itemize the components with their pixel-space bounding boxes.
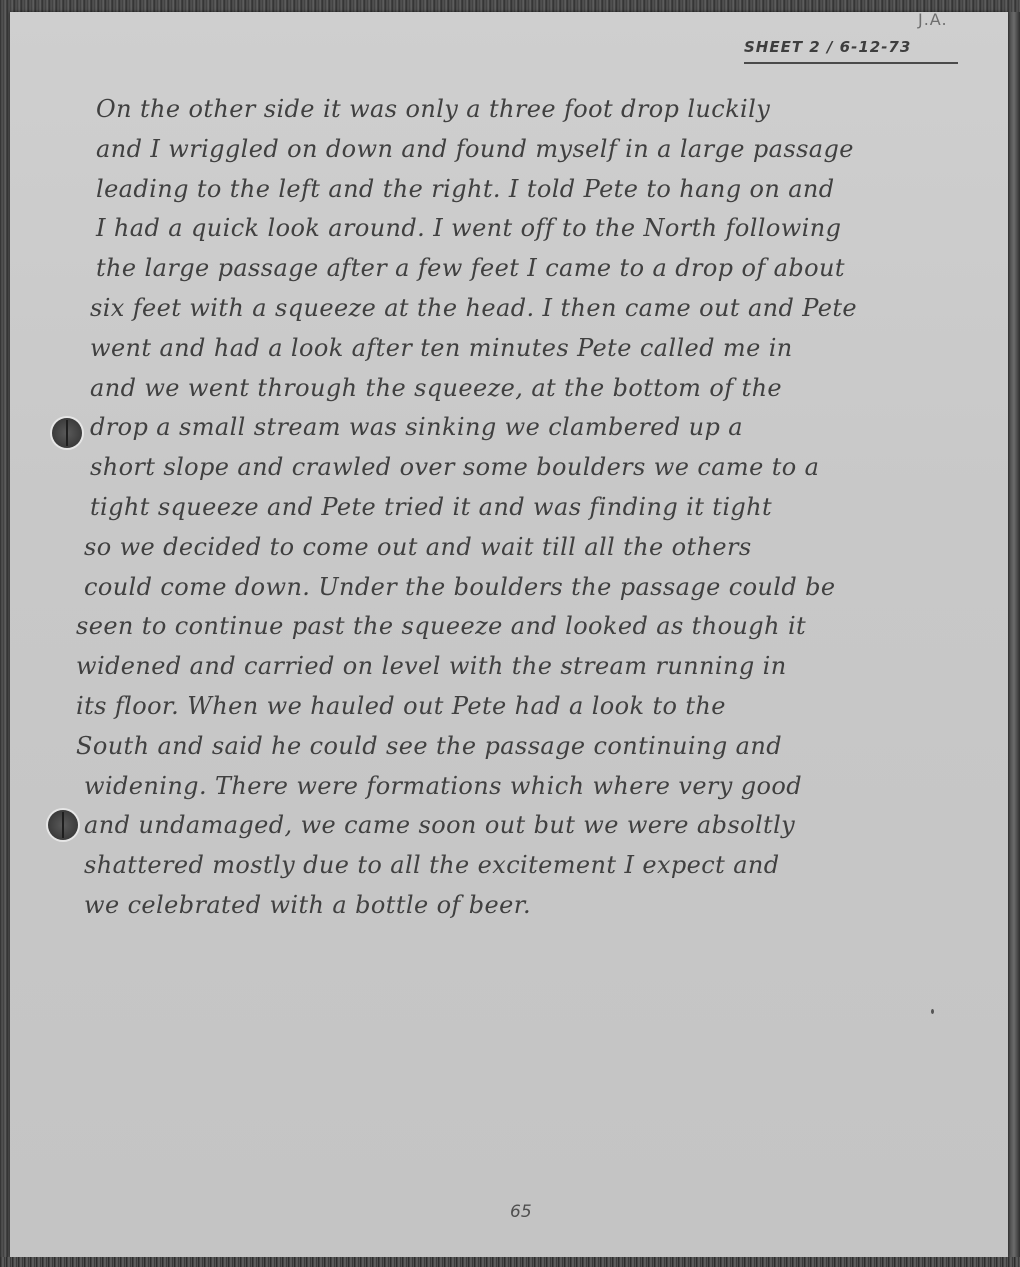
punch-hole-icon bbox=[48, 810, 78, 840]
text-line: shattered mostly due to all the exciteme… bbox=[84, 846, 1001, 886]
text-line: the large passage after a few feet I cam… bbox=[96, 249, 1001, 289]
text-line: On the other side it was only a three fo… bbox=[96, 90, 1001, 130]
text-line: South and said he could see the passage … bbox=[76, 727, 1001, 767]
text-line: seen to continue past the squeeze and lo… bbox=[76, 607, 1001, 647]
text-line: its floor. When we hauled out Pete had a… bbox=[76, 687, 1001, 727]
text-line: widened and carried on level with the st… bbox=[76, 647, 1001, 687]
paper-speck bbox=[931, 1009, 934, 1014]
text-line: six feet with a squeeze at the head. I t… bbox=[90, 289, 1001, 329]
text-line: leading to the left and the right. I tol… bbox=[96, 170, 1001, 210]
text-line: and undamaged, we came soon out but we w… bbox=[84, 806, 1001, 846]
text-line: and I wriggled on down and found myself … bbox=[96, 130, 1001, 170]
text-line: widening. There were formations which wh… bbox=[84, 767, 1001, 807]
text-line: we celebrated with a bottle of beer. bbox=[84, 886, 1001, 926]
page-number: 65 bbox=[510, 1202, 532, 1222]
text-line: I had a quick look around. I went off to… bbox=[96, 209, 1001, 249]
text-line: tight squeeze and Pete tried it and was … bbox=[90, 488, 1001, 528]
punch-hole-icon bbox=[52, 418, 82, 448]
journal-body: On the other side it was only a three fo… bbox=[96, 90, 1001, 926]
text-line: so we decided to come out and wait till … bbox=[84, 528, 1001, 568]
text-line: short slope and crawled over some boulde… bbox=[90, 448, 1001, 488]
text-line: drop a small stream was sinking we clamb… bbox=[90, 408, 1001, 448]
desk-edge bbox=[1008, 12, 1020, 1257]
author-initials: J.A. bbox=[918, 10, 948, 29]
text-line: could come down. Under the boulders the … bbox=[84, 568, 1001, 608]
wood-strip bbox=[0, 1257, 1020, 1267]
text-line: went and had a look after ten minutes Pe… bbox=[90, 329, 1001, 369]
text-line: and we went through the squeeze, at the … bbox=[90, 369, 1001, 409]
sheet-header: SHEET 2 / 6-12-73 bbox=[744, 38, 958, 64]
